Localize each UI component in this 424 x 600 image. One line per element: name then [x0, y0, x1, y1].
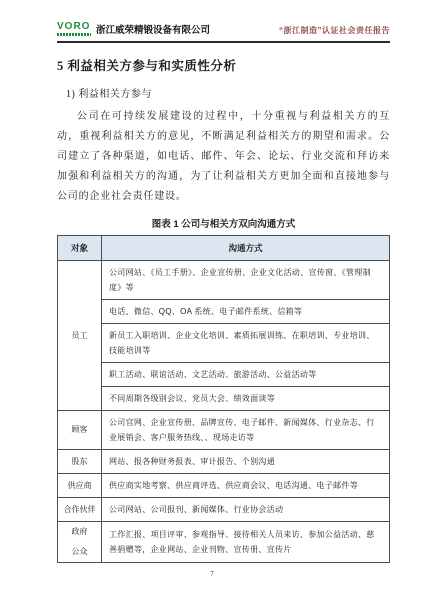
methods-cell: 工作汇报、项目评审、参观指导、接待相关人员来访、参加公益活动、慈善捐赠等，企业网… — [102, 522, 390, 563]
object-cell-partners: 合作伙伴 — [58, 498, 102, 522]
document-page: VORO 浙江威荣精锻设备有限公司 “浙江制造”认证社会责任报告 5 利益相关方… — [0, 0, 424, 600]
table-row: 供应商 供应商实地考察、供应商评选、供应商会议、电话沟通、电子邮件等 — [58, 474, 390, 498]
methods-cell: 电话、微信、QQ、OA 系统、电子邮件系统、信箱等 — [102, 300, 390, 324]
object-cell-shareholders: 股东 — [58, 450, 102, 474]
methods-cell: 不同周期各级别会议、党员大会、绩效面谈等 — [102, 387, 390, 411]
object-cell-suppliers: 供应商 — [58, 474, 102, 498]
subsection-title: 1) 利益相关方参与 — [66, 85, 390, 100]
table-row: 不同周期各级别会议、党员大会、绩效面谈等 — [58, 387, 390, 411]
table-caption: 图表 1 公司与相关方双向沟通方式 — [57, 216, 390, 230]
table-row: 职工活动、联谊活动、文艺活动、旅游活动、公益活动等 — [58, 363, 390, 387]
methods-cell: 公司官网、企业宣传册、品牌宣传、电子邮件、新闻媒体、行业杂志、行业展销会、客户服… — [102, 411, 390, 450]
methods-cell: 公司网站、《员工手册》、企业宣传册、企业文化活动、宣传窗、《管理制度》等 — [102, 261, 390, 300]
section-title: 5 利益相关方参与和实质性分析 — [57, 56, 390, 74]
object-cell-customers: 顾客 — [58, 411, 102, 450]
table-row: 员工 公司网站、《员工手册》、企业宣传册、企业文化活动、宣传窗、《管理制度》等 — [58, 261, 390, 300]
communication-table: 对象 沟通方式 员工 公司网站、《员工手册》、企业宣传册、企业文化活动、宣传窗、… — [57, 235, 390, 563]
header-cell-object: 对象 — [58, 236, 102, 261]
logo-text: VORO — [57, 22, 91, 32]
table-row: 合作伙伴 公司网站、公司报刊、新闻媒体、行业协会活动 — [58, 498, 390, 522]
methods-cell: 供应商实地考察、供应商评选、供应商会议、电话沟通、电子邮件等 — [102, 474, 390, 498]
body-paragraph: 公司在可持续发展建设的过程中，十分重视与利益相关方的互动，重视利益相关方的意见，… — [57, 107, 390, 207]
table-header-row: 对象 沟通方式 — [58, 236, 390, 261]
table-row: 新员工入职培训、企业文化培训、素质拓展训练、在职培训、专业培训、技能培训等 — [58, 324, 390, 363]
table-row: 股东 网站、报各种财务报表、审计报告、个别沟通 — [58, 450, 390, 474]
object-cell-employees: 员工 — [58, 261, 102, 411]
methods-cell: 职工活动、联谊活动、文艺活动、旅游活动、公益活动等 — [102, 363, 390, 387]
table-row: 政府 公众 工作汇报、项目评审、参观指导、接待相关人员来访、参加公益活动、慈善捐… — [58, 522, 390, 563]
report-title: “浙江制造”认证社会责任报告 — [279, 25, 390, 36]
methods-cell: 网站、报各种财务报表、审计报告、个别沟通 — [102, 450, 390, 474]
company-logo: VORO — [57, 22, 91, 36]
page-header: VORO 浙江威荣精锻设备有限公司 “浙江制造”认证社会责任报告 — [57, 22, 390, 43]
methods-cell: 公司网站、公司报刊、新闻媒体、行业协会活动 — [102, 498, 390, 522]
object-cell-government-public: 政府 公众 — [58, 522, 102, 563]
table-row: 顾客 公司官网、企业宣传册、品牌宣传、电子邮件、新闻媒体、行业杂志、行业展销会、… — [58, 411, 390, 450]
header-cell-methods: 沟通方式 — [102, 236, 390, 261]
table-row: 电话、微信、QQ、OA 系统、电子邮件系统、信箱等 — [58, 300, 390, 324]
page-number: 7 — [0, 570, 424, 578]
company-name: 浙江威荣精锻设备有限公司 — [96, 22, 210, 36]
methods-cell: 新员工入职培训、企业文化培训、素质拓展训练、在职培训、专业培训、技能培训等 — [102, 324, 390, 363]
logo-subtext-bar — [57, 33, 91, 36]
page-content: VORO 浙江威荣精锻设备有限公司 “浙江制造”认证社会责任报告 5 利益相关方… — [0, 0, 424, 563]
